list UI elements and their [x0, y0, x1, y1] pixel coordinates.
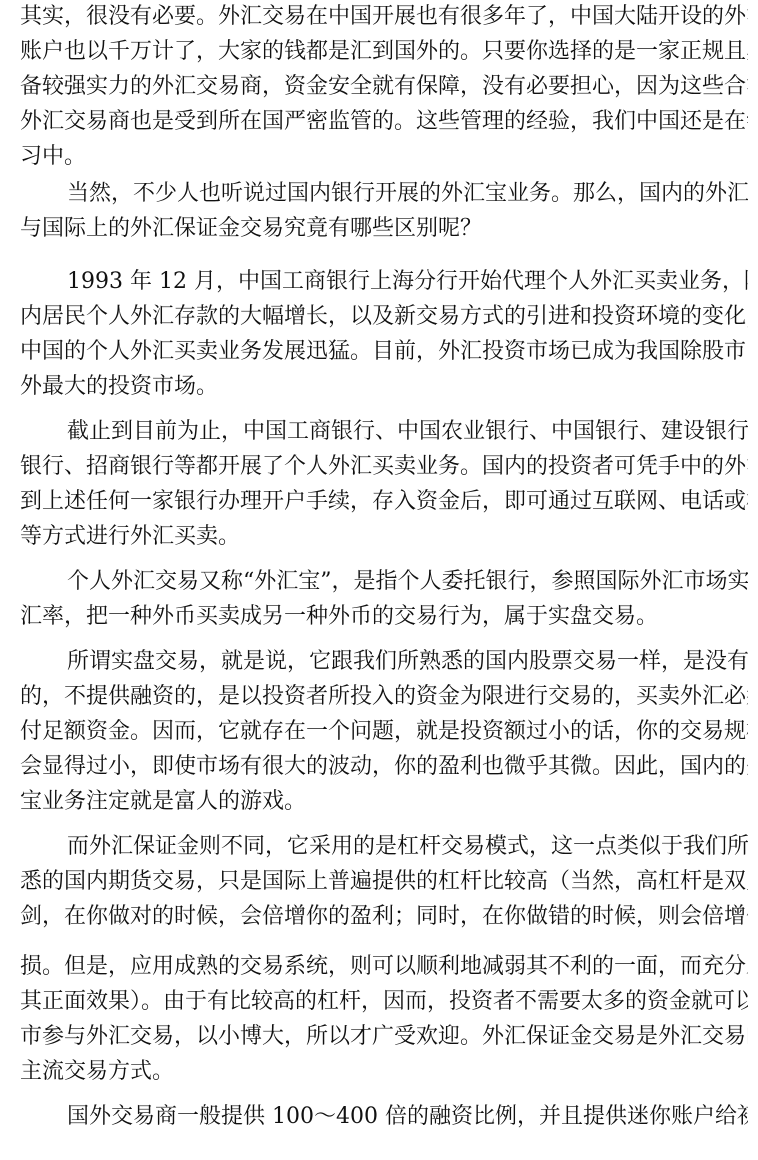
text-line: 悉的国内期货交易，只是国际上普遍提供的杠杆比较高（当然，高杠杆是双刃	[20, 865, 748, 899]
text-line: 中国的个人外汇买卖业务发展迅猛。目前，外汇投资市场已成为我国除股市以	[20, 335, 748, 369]
text-line: 与国际上的外汇保证金交易究竟有哪些区别呢？	[20, 212, 748, 246]
text-line: 而外汇保证金则不同，它采用的是杠杆交易模式，这一点类似于我们所熟	[67, 830, 748, 864]
document-page: 其实，很没有必要。外汇交易在中国开展也有很多年了，中国大陆开设的外汇 账户也以千…	[0, 0, 758, 1160]
text-line: 内居民个人外汇存款的大幅增长，以及新交易方式的引进和投资环境的变化，	[20, 300, 748, 334]
text-line: 银行、招商银行等都开展了个人外汇买卖业务。国内的投资者可凭手中的外汇	[20, 450, 748, 484]
text-line: 当然，不少人也听说过国内银行开展的外汇宝业务。那么，国内的外汇宝	[67, 177, 748, 211]
text-line: 习中。	[20, 140, 748, 174]
text-line: 等方式进行外汇买卖。	[20, 520, 748, 554]
text-line: 的，不提供融资的，是以投资者所投入的资金为限进行交易的，买卖外汇必须支	[20, 680, 748, 714]
text-line: 其正面效果）。由于有比较高的杠杆，因而，投资者不需要太多的资金就可以入	[20, 985, 748, 1019]
text-line: 剑，在你做对的时候，会倍增你的盈利；同时，在你做错的时候，则会倍增你的亏	[20, 900, 748, 934]
text-line: 付足额资金。因而，它就存在一个问题，就是投资额过小的话，你的交易规模就	[20, 715, 748, 749]
text-line: 会显得过小，即使市场有很大的波动，你的盈利也微乎其微。因此，国内的外汇	[20, 750, 748, 784]
text-line: 市参与外汇交易，以小博大，所以才广受欢迎。外汇保证金交易是外汇交易的	[20, 1020, 748, 1054]
text-line: 个人外汇交易又称“外汇宝”，是指个人委托银行，参照国际外汇市场实时	[67, 565, 748, 599]
text-line: 账户也以千万计了，大家的钱都是汇到国外的。只要你选择的是一家正规且具	[20, 35, 748, 69]
text-line: 外汇交易商也是受到所在国严密监管的。这些管理的经验，我们中国还是在学	[20, 105, 748, 139]
text-line: 国外交易商一般提供 100～400 倍的融资比例，并且提供迷你账户给初	[67, 1100, 748, 1134]
text-line: 1993 年 12 月，中国工商银行上海分行开始代理个人外汇买卖业务，随着国	[67, 265, 748, 299]
text-line: 汇率，把一种外币买卖成另一种外币的交易行为，属于实盘交易。	[20, 600, 748, 634]
text-line: 主流交易方式。	[20, 1055, 748, 1089]
text-line: 所谓实盘交易，就是说，它跟我们所熟悉的国内股票交易一样，是没有杠杆	[67, 645, 748, 679]
text-line: 其实，很没有必要。外汇交易在中国开展也有很多年了，中国大陆开设的外汇	[20, 0, 748, 34]
text-line: 备较强实力的外汇交易商，资金安全就有保障，没有必要担心，因为这些合法的	[20, 70, 748, 104]
text-line: 截止到目前为止，中国工商银行、中国农业银行、中国银行、建设银行、交通	[67, 415, 748, 449]
text-line: 外最大的投资市场。	[20, 370, 748, 404]
text-line: 损。但是，应用成熟的交易系统，则可以顺利地减弱其不利的一面，而充分发挥	[20, 950, 748, 984]
text-line: 宝业务注定就是富人的游戏。	[20, 785, 748, 819]
text-line: 到上述任何一家银行办理开户手续，存入资金后，即可通过互联网、电话或柜台	[20, 485, 748, 519]
